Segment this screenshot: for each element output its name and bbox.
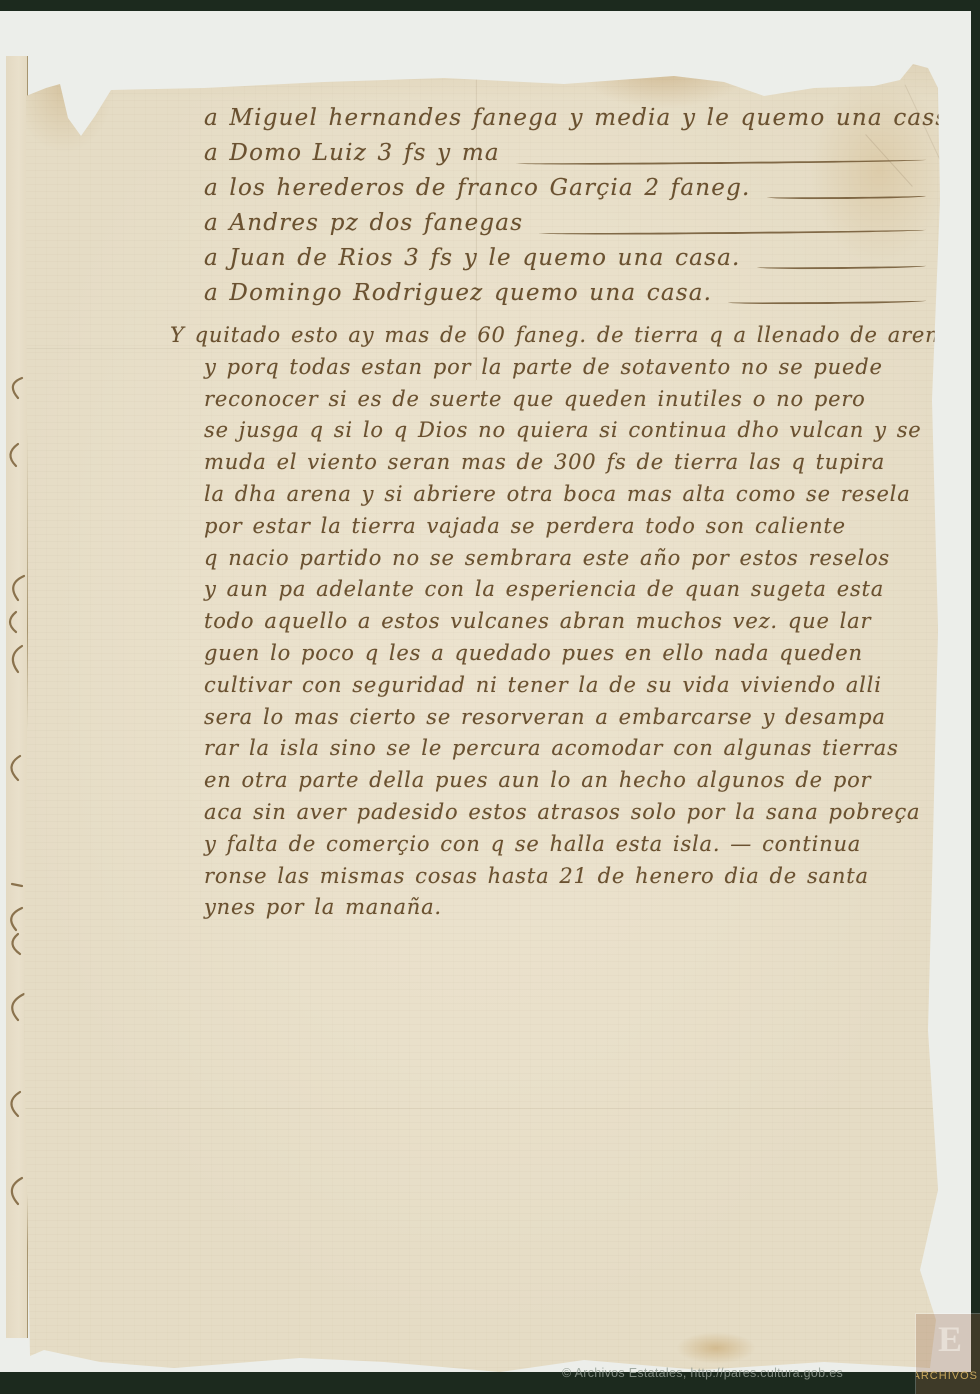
entry-line: a Domingo Rodriguez quemo una casa. bbox=[204, 280, 930, 315]
entry-line: a Juan de Rios 3 fs y le quemo una casa. bbox=[204, 245, 930, 280]
paragraph-line: guen lo poco q les a quedado pues en ell… bbox=[204, 638, 930, 670]
entry-text: a los herederos de franco Garçia 2 faneg… bbox=[204, 175, 751, 201]
archive-logo-letter: E bbox=[938, 1318, 962, 1360]
copyright-watermark: © Archivos Estatales, http://pares.cultu… bbox=[562, 1366, 843, 1380]
entry-line: a Miguel hernandes fanega y media y le q… bbox=[204, 105, 930, 140]
paper-crease bbox=[24, 1108, 942, 1109]
entry-text: a Andres pz dos fanegas bbox=[204, 210, 523, 236]
entry-line: a Domo Luiz 3 fs y ma bbox=[204, 140, 930, 175]
paragraph-line: reconocer si es de suerte que queden inu… bbox=[204, 384, 930, 416]
manuscript-text: a Miguel hernandes fanega y media y le q… bbox=[204, 105, 930, 924]
entry-rule bbox=[539, 223, 926, 241]
paragraph-line: muda el viento seran mas de 300 fs de ti… bbox=[204, 447, 930, 479]
archive-logo-label: ARCHIVOS bbox=[916, 1370, 978, 1382]
entry-rule bbox=[516, 153, 926, 171]
manuscript-page: a Miguel hernandes fanega y media y le q… bbox=[24, 30, 942, 1375]
entry-text: a Domingo Rodriguez quemo una casa. bbox=[204, 280, 712, 306]
entry-line: a los herederos de franco Garçia 2 faneg… bbox=[204, 175, 930, 210]
entry-text: a Miguel hernandes fanega y media y le q… bbox=[204, 105, 963, 131]
paragraph-line: ynes por la manaña. bbox=[204, 892, 930, 924]
entry-rule bbox=[728, 293, 926, 311]
adjacent-page-edge bbox=[6, 56, 28, 1338]
entry-text: a Juan de Rios 3 fs y le quemo una casa. bbox=[204, 245, 741, 271]
paragraph-line: todo aquello a estos vulcanes abran much… bbox=[204, 606, 930, 638]
paragraph-line: la dha arena y si abriere otra boca mas … bbox=[204, 479, 930, 511]
paragraph-line: cultivar con seguridad ni tener la de su… bbox=[204, 670, 930, 702]
paragraph-line: y porq todas estan por la parte de sotav… bbox=[204, 352, 930, 384]
entry-rule bbox=[757, 258, 926, 276]
paragraph-line: sera lo mas cierto se resorveran a embar… bbox=[204, 702, 930, 734]
ink-stroke-marks bbox=[6, 56, 27, 1338]
paragraph-line: Y quitado esto ay mas de 60 faneg. de ti… bbox=[170, 320, 930, 352]
entry-list: a Miguel hernandes fanega y media y le q… bbox=[204, 105, 930, 315]
entry-text: a Domo Luiz 3 fs y ma bbox=[204, 140, 500, 166]
entry-line: a Andres pz dos fanegas bbox=[204, 210, 930, 245]
archive-logo-watermark: E ARCHIVOS bbox=[916, 1314, 980, 1394]
paragraph-line: y aun pa adelante con la esperiencia de … bbox=[204, 574, 930, 606]
paragraph-line: aca sin aver padesido estos atrasos solo… bbox=[204, 797, 930, 829]
paragraph-line: ronse las mismas cosas hasta 21 de hener… bbox=[204, 861, 930, 893]
paragraph-line: y falta de comerçio con q se halla esta … bbox=[204, 829, 930, 861]
paragraph-line: rar la isla sino se le percura acomodar … bbox=[204, 733, 930, 765]
paragraph-line: en otra parte della pues aun lo an hecho… bbox=[204, 765, 930, 797]
paragraph-line: por estar la tierra vajada se perdera to… bbox=[204, 511, 930, 543]
paragraph-line: se jusga q si lo q Dios no quiera si con… bbox=[204, 415, 930, 447]
paragraph-line: q nacio partido no se sembrara este año … bbox=[204, 543, 930, 575]
paragraph: Y quitado esto ay mas de 60 faneg. de ti… bbox=[204, 320, 930, 924]
entry-rule bbox=[767, 188, 926, 206]
